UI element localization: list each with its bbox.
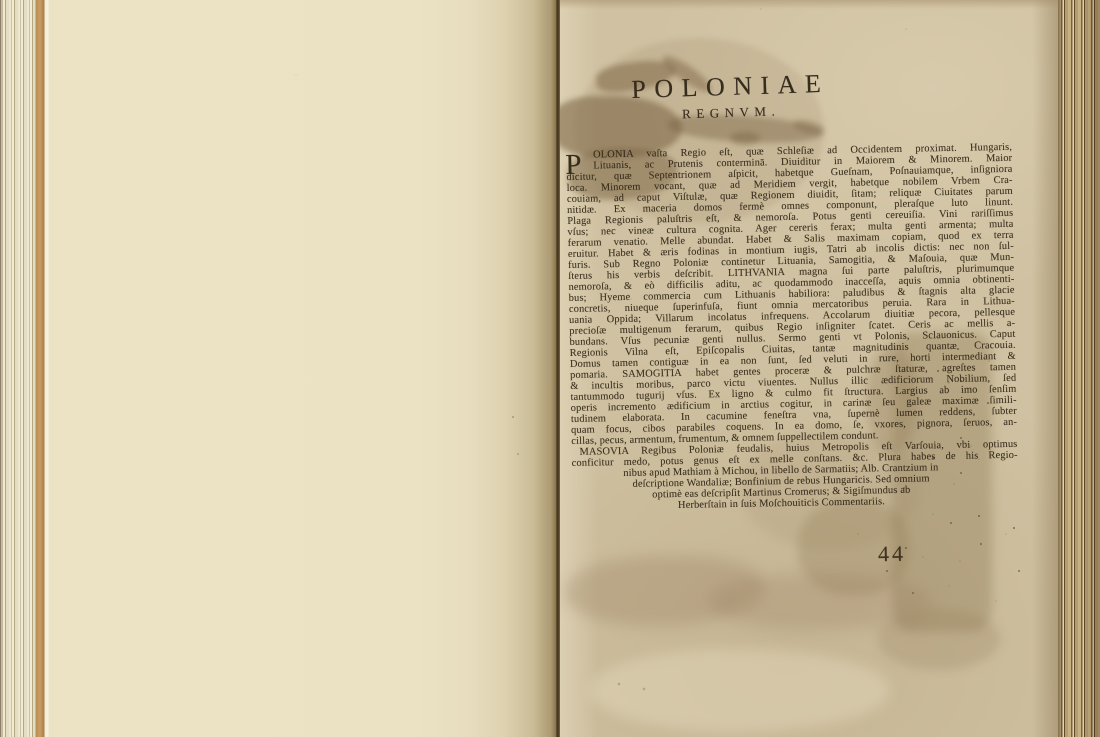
body-lines: OLONIA vaſta Regio eſt, quæ Schleſiæ ad … [566, 142, 1019, 513]
right-page: POLONIAE REGNVM. P OLONIA vaſta Regio eſ… [560, 0, 1058, 737]
right-page-edges [1058, 0, 1100, 737]
drop-cap: P [565, 152, 582, 178]
left-page-edges [0, 0, 50, 737]
foxing-specks [560, 0, 562, 2]
left-blank-page [50, 0, 556, 737]
body-text-block: P OLONIA vaſta Regio eſt, quæ Schleſiæ a… [566, 142, 1019, 513]
book-spread: POLONIAE REGNVM. P OLONIA vaſta Regio eſ… [0, 0, 1100, 737]
page-number: 44 [878, 541, 906, 567]
paper-specks [50, 0, 52, 2]
